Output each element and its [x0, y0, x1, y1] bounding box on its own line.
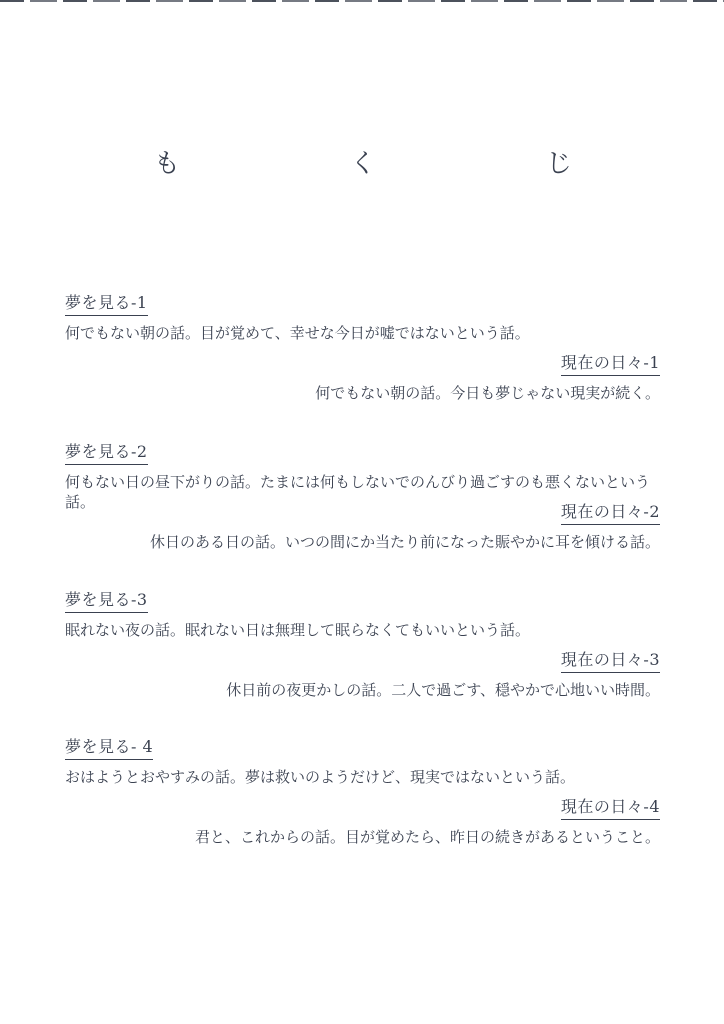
dream-heading-row: 夢を見る-2 [65, 442, 660, 465]
chapter-link-dream-4[interactable]: 夢を見る- 4 [65, 737, 153, 760]
toc-page: も く じ 夢を見る-1 何でもない朝の話。目が覚めて、幸せな今日が嘘ではないと… [0, 0, 724, 1024]
present-desc: 何でもない朝の話。今日も夢じゃない現実が続く。 [65, 383, 660, 403]
dream-desc: 眠れない夜の話。眠れない日は無理して眠らなくてもいいという話。 [65, 620, 660, 640]
present-desc: 休日前の夜更かしの話。二人で過ごす、穏やかで心地いい時間。 [65, 680, 660, 700]
title-char-ku: く [350, 148, 376, 180]
scan-edge-artifact [0, 0, 724, 2]
toc-section-3: 夢を見る-3 眠れない夜の話。眠れない日は無理して眠らなくてもいいという話。 現… [65, 590, 660, 710]
dream-heading-row: 夢を見る-1 [65, 293, 660, 316]
page-title: も く じ [154, 148, 572, 180]
present-heading-row: 現在の日々-4 [65, 797, 660, 820]
chapter-link-present-2[interactable]: 現在の日々-2 [561, 502, 660, 525]
dream-desc: おはようとおやすみの話。夢は救いのようだけど、現実ではないという話。 [65, 767, 660, 787]
title-char-ji: じ [546, 148, 572, 180]
toc-section-2: 夢を見る-2 何もない日の昼下がりの話。たまには何もしないでのんびり過ごすのも悪… [65, 442, 660, 562]
chapter-link-dream-3[interactable]: 夢を見る-3 [65, 590, 148, 613]
chapter-link-present-3[interactable]: 現在の日々-3 [561, 650, 660, 673]
present-heading-row: 現在の日々-3 [65, 650, 660, 673]
title-char-mo: も [154, 148, 180, 180]
present-desc: 君と、これからの話。目が覚めたら、昨日の続きがあるということ。 [65, 827, 660, 847]
dream-heading-row: 夢を見る-3 [65, 590, 660, 613]
present-heading-row: 現在の日々-2 [65, 502, 660, 525]
dream-heading-row: 夢を見る- 4 [65, 737, 660, 760]
chapter-link-present-1[interactable]: 現在の日々-1 [561, 353, 660, 376]
chapter-link-dream-2[interactable]: 夢を見る-2 [65, 442, 148, 465]
dream-desc: 何でもない朝の話。目が覚めて、幸せな今日が嘘ではないという話。 [65, 323, 660, 343]
present-heading-row: 現在の日々-1 [65, 353, 660, 376]
toc-section-4: 夢を見る- 4 おはようとおやすみの話。夢は救いのようだけど、現実ではないという… [65, 737, 660, 857]
chapter-link-present-4[interactable]: 現在の日々-4 [561, 797, 660, 820]
toc-section-1: 夢を見る-1 何でもない朝の話。目が覚めて、幸せな今日が嘘ではないという話。 現… [65, 293, 660, 413]
chapter-link-dream-1[interactable]: 夢を見る-1 [65, 293, 148, 316]
present-desc: 休日のある日の話。いつの間にか当たり前になった賑やかに耳を傾ける話。 [65, 532, 660, 552]
